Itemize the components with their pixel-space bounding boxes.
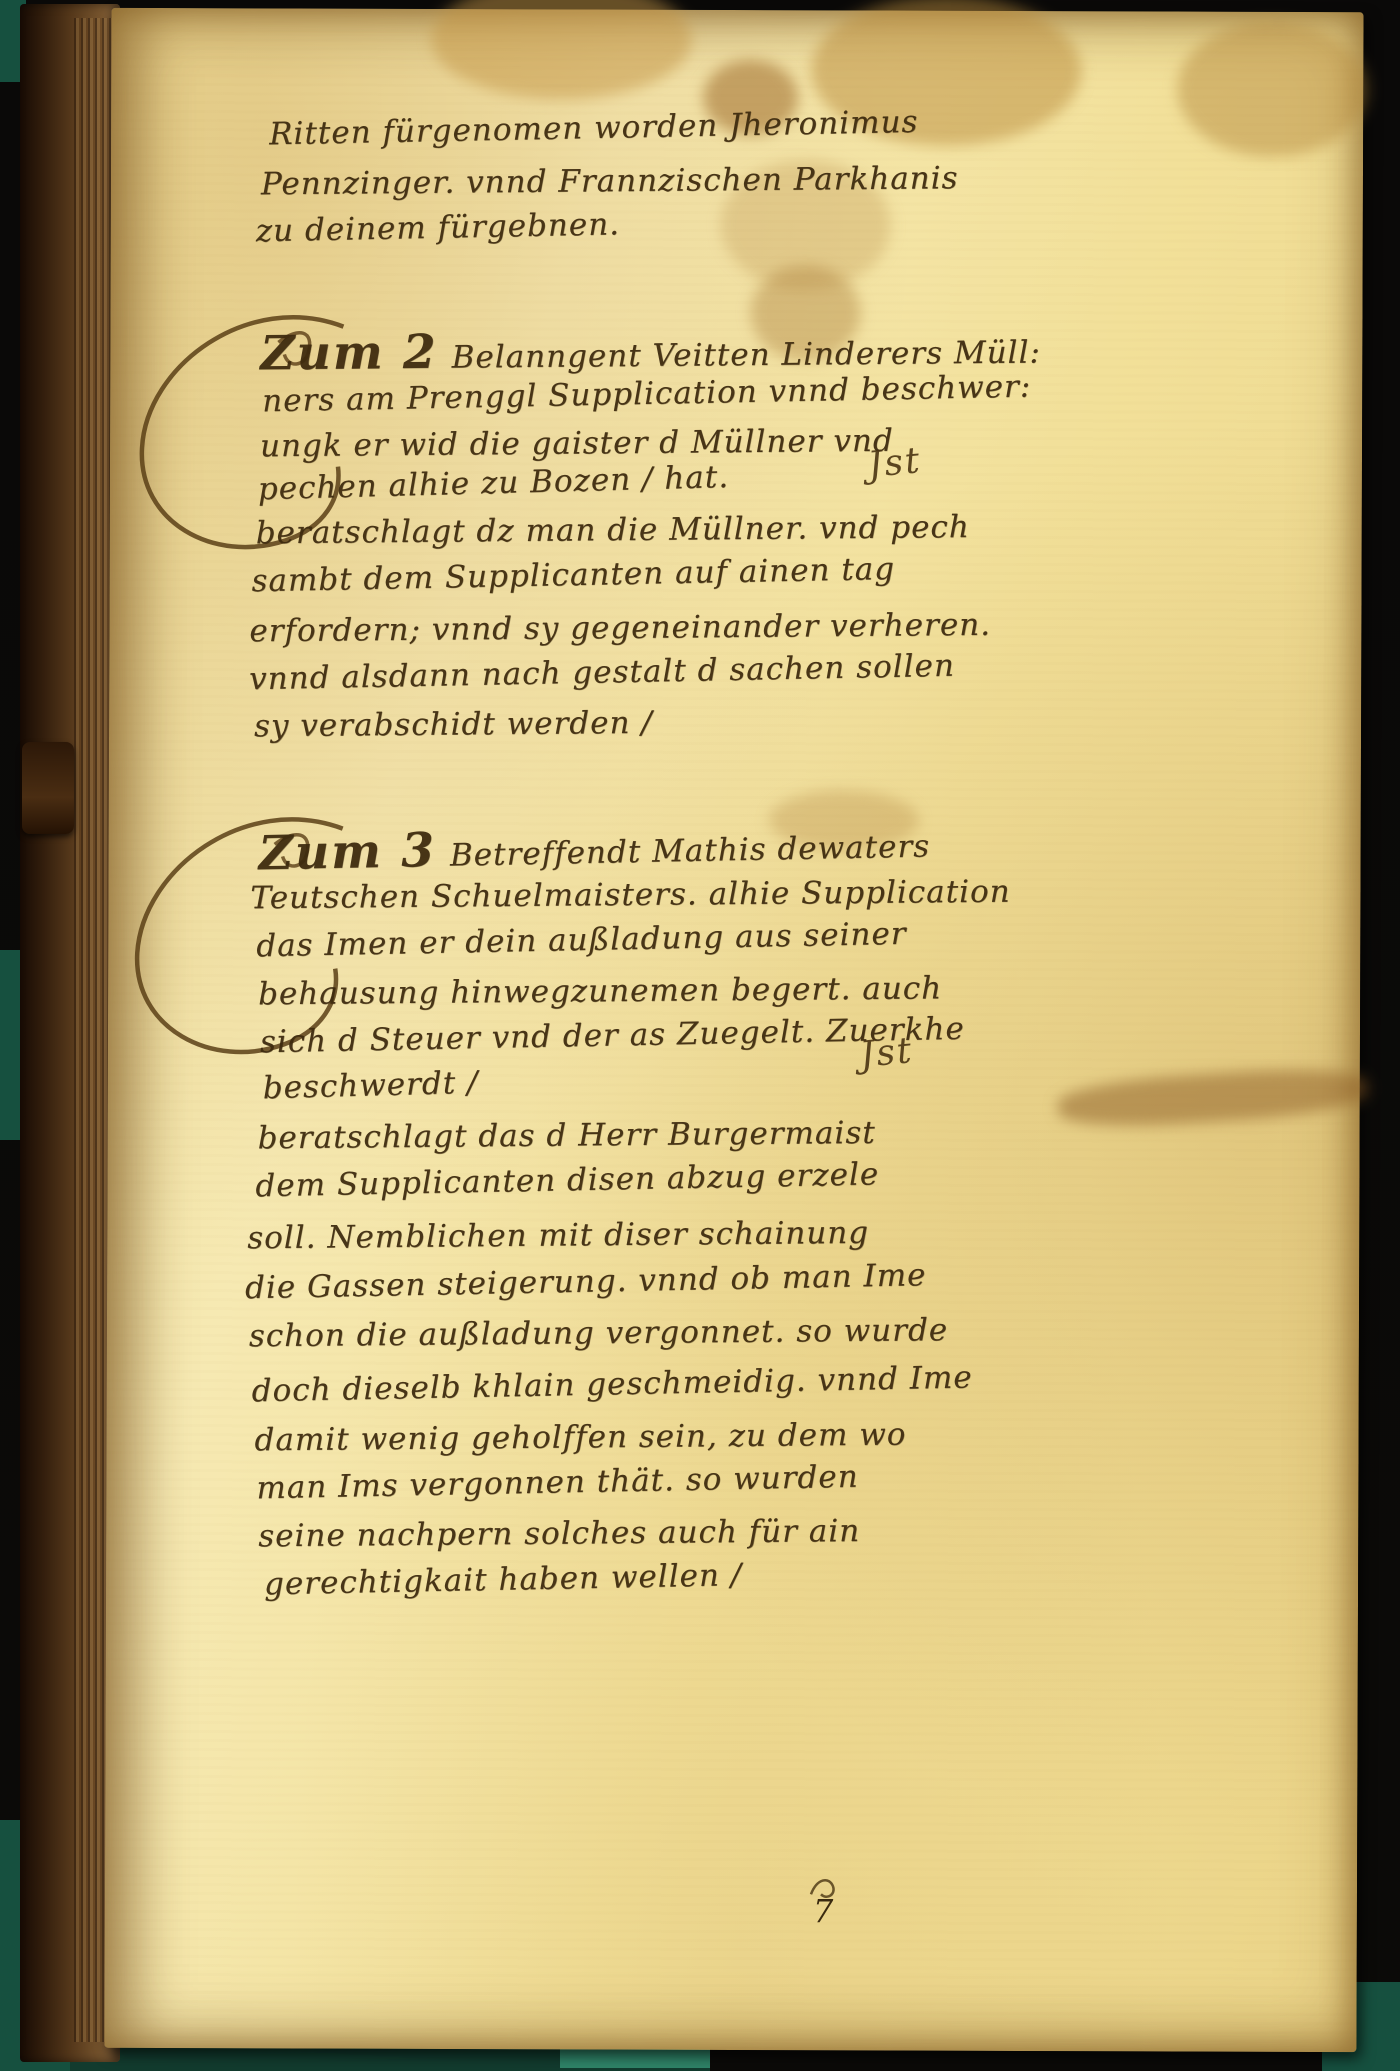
text-line: beschwerdt / <box>262 1065 479 1107</box>
entry-first-line: Betreffendt Mathis dewaters <box>450 828 931 873</box>
binding-clasp <box>22 742 74 834</box>
text-line: sy verabschidt werden / <box>254 705 653 744</box>
text-line: beratschlagt das d Herr Burgermaist <box>257 1115 875 1156</box>
text-line: Ritten fürgenomen worden Jheronimus <box>269 104 919 152</box>
text-line: pechen alhie zu Bozen / hat. <box>257 459 729 507</box>
text-line: damit wenig geholffen sein, zu dem wo <box>254 1417 906 1459</box>
marginal-mark: Jst <box>866 440 923 486</box>
backdrop-cloth <box>560 2048 710 2068</box>
text-line: doch dieselb khlain geschmeidig. vnnd Im… <box>251 1359 973 1409</box>
text-line: behausung hinwegzunemen begert. auch <box>258 970 942 1012</box>
text-line: die Gassen steigerung. vnnd ob man Ime <box>245 1257 927 1306</box>
entry-heading: Zum 3 <box>258 823 436 881</box>
text-line: beratschlagt dz man die Müllner. vnd pec… <box>256 509 970 551</box>
text-line: Zum 3Betreffendt Mathis dewaters <box>258 813 930 881</box>
text-line: Teutschen Schuelmaisters. alhie Supplica… <box>250 874 1011 917</box>
text-line: soll. Nemblichen mit diser schainung <box>247 1215 869 1256</box>
text-line: ungk er wid die gaister d Müllner vnd <box>260 423 894 465</box>
paper-stain <box>431 0 691 100</box>
marginal-mark: Jst <box>858 1030 915 1076</box>
entry-heading: Zum 2 <box>260 325 438 382</box>
ink-smear <box>1057 1063 1369 1131</box>
text-line: schon die außladung vergonnet. so wurde <box>249 1312 949 1354</box>
manuscript-photo: Ritten fürgenomen worden Jheronimus Penn… <box>0 0 1400 2071</box>
text-line: seine nachpern solches auch für ain <box>258 1513 860 1554</box>
backdrop-cloth <box>0 950 20 1140</box>
text-line: man Ims vergonnen thät. so wurden <box>256 1459 859 1507</box>
text-line: gerechtigkait haben wellen / <box>264 1557 743 1602</box>
text-line: vnnd alsdann nach gestalt d sachen solle… <box>249 648 955 698</box>
text-line: das Imen er dein außladung aus seiner <box>256 916 907 964</box>
text-line: dem Supplicanten disen abzug erzele <box>255 1156 879 1204</box>
text-line: zu deinem fürgebnen. <box>255 206 620 249</box>
paper-stain <box>1177 22 1367 158</box>
text-line: sambt dem Supplicanten auf ainen tag <box>251 551 895 599</box>
folio-number: 7 <box>813 1892 833 1930</box>
manuscript-page: Ritten fürgenomen worden Jheronimus Penn… <box>104 8 1363 2052</box>
text-line: Pennzinger. vnnd Frannzischen Parkhanis <box>261 160 959 202</box>
text-line: erfordern; vnnd sy gegeneinander verhere… <box>249 607 991 649</box>
